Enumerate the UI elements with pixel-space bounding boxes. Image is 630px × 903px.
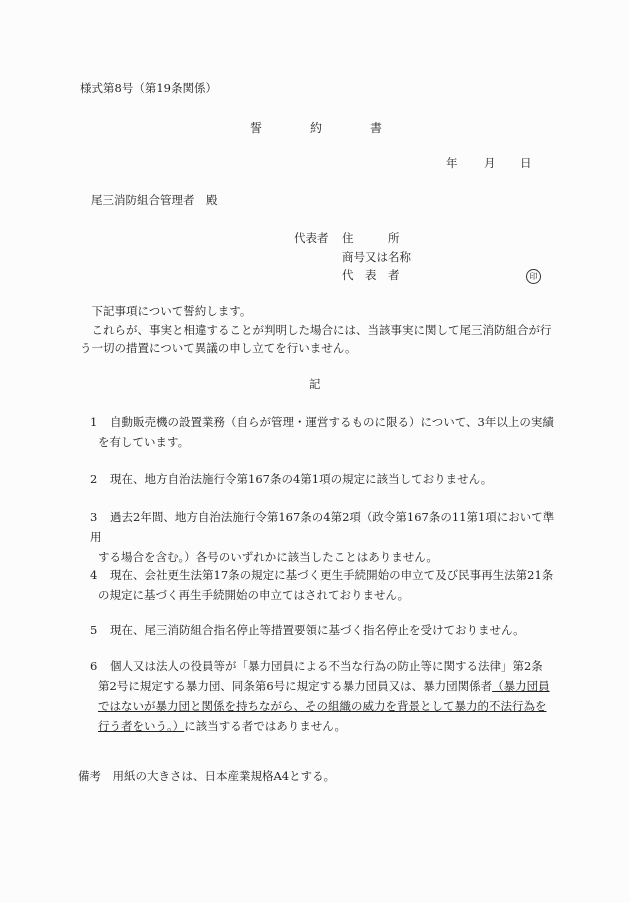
title-char: 誓 [250,120,310,136]
item-text-cont: を有しています。 [90,432,555,452]
intro-line-1: 下記事項について誓約します。 [80,302,555,320]
item-text-cont: の規定に基づく再生手続開始の申立てはされておりません。 [90,585,555,605]
list-item-4: 4現在、会社更生法第17条の規定に基づく更生手続開始の申立て及び民事再生法第21… [90,565,555,605]
underlined-text: （暴力団員 [492,679,550,693]
item-text-cont: に該当する者ではありません。 [184,719,346,733]
list-item-1: 1自動販売機の設置業務（自らが管理・運営するものに限る）について、3年以上の実績… [90,412,555,452]
title-char: 約 [310,120,370,136]
representative-name-label: 代 表 者 [342,267,400,283]
item-text: 現在、地方自治法施行令第167条の4第1項の規定に該当しておりません。 [110,472,492,486]
date-month: 月 [484,155,520,171]
document-title: 誓約書 [250,120,430,136]
note: 備考 用紙の大きさは、日本産業規格A4とする。 [78,768,335,784]
item-text: 現在、会社更生法第17条の規定に基づく更生手続開始の申立て及び民事再生法第21条 [110,568,553,582]
underlined-text: ではないが暴力団と関係を持ちながら、その組織の威力を背景として暴力的不法行為を [98,699,547,713]
intro-paragraph: これらが、事実と相違することが判明した場合には、当該事実に関して尾三消防組合が行… [80,321,555,357]
item-number: 4 [90,565,110,585]
representative-label: 代表者 [294,230,329,246]
ki-heading: 記 [309,376,321,392]
item-number: 5 [90,620,110,640]
date-field: 年月日 [446,155,532,171]
addressee: 尾三消防組合管理者 殿 [91,192,218,208]
item-text: 自動販売機の設置業務（自らが管理・運営するものに限る）について、3年以上の実績 [110,415,554,429]
item-number: 3 [90,507,110,527]
item-text-cont: 第2号に規定する暴力団、同条第6号に規定する暴力団員又は、暴力団関係者 [98,679,492,693]
date-day: 日 [520,155,532,171]
form-label: 様式第8号（第19条関係） [80,80,217,96]
item-number: 6 [90,656,110,676]
item-text: 過去2年間、地方自治法施行令第167条の4第2項（政令第167条の11第1項にお… [90,510,554,544]
seal-icon: 印 [526,269,541,284]
list-item-5: 5現在、尾三消防組合指名停止等措置要領に基づく指名停止を受けておりません。 [90,620,555,640]
item-text: 現在、尾三消防組合指名停止等措置要領に基づく指名停止を受けておりません。 [110,623,525,637]
date-year: 年 [446,155,484,171]
title-char: 書 [370,120,430,136]
item-text-cont: する場合を含む。）各号のいずれかに該当したことはありません。 [90,547,555,567]
item-text: 個人又は法人の役員等が「暴力団員による不当な行為の防止等に関する法律」第2条 [110,659,543,673]
company-name-label: 商号又は名称 [342,249,411,265]
list-item-3: 3過去2年間、地方自治法施行令第167条の4第2項（政令第167条の11第1項に… [90,507,555,567]
list-item-6: 6個人又は法人の役員等が「暴力団員による不当な行為の防止等に関する法律」第2条 … [90,656,555,736]
item-number: 2 [90,469,110,489]
address-label: 住 所 [342,230,400,246]
underlined-text: 行う者をいう。） [98,719,184,733]
item-number: 1 [90,412,110,432]
seal-mark: 印 [526,267,541,284]
list-item-2: 2現在、地方自治法施行令第167条の4第1項の規定に該当しておりません。 [90,469,555,489]
